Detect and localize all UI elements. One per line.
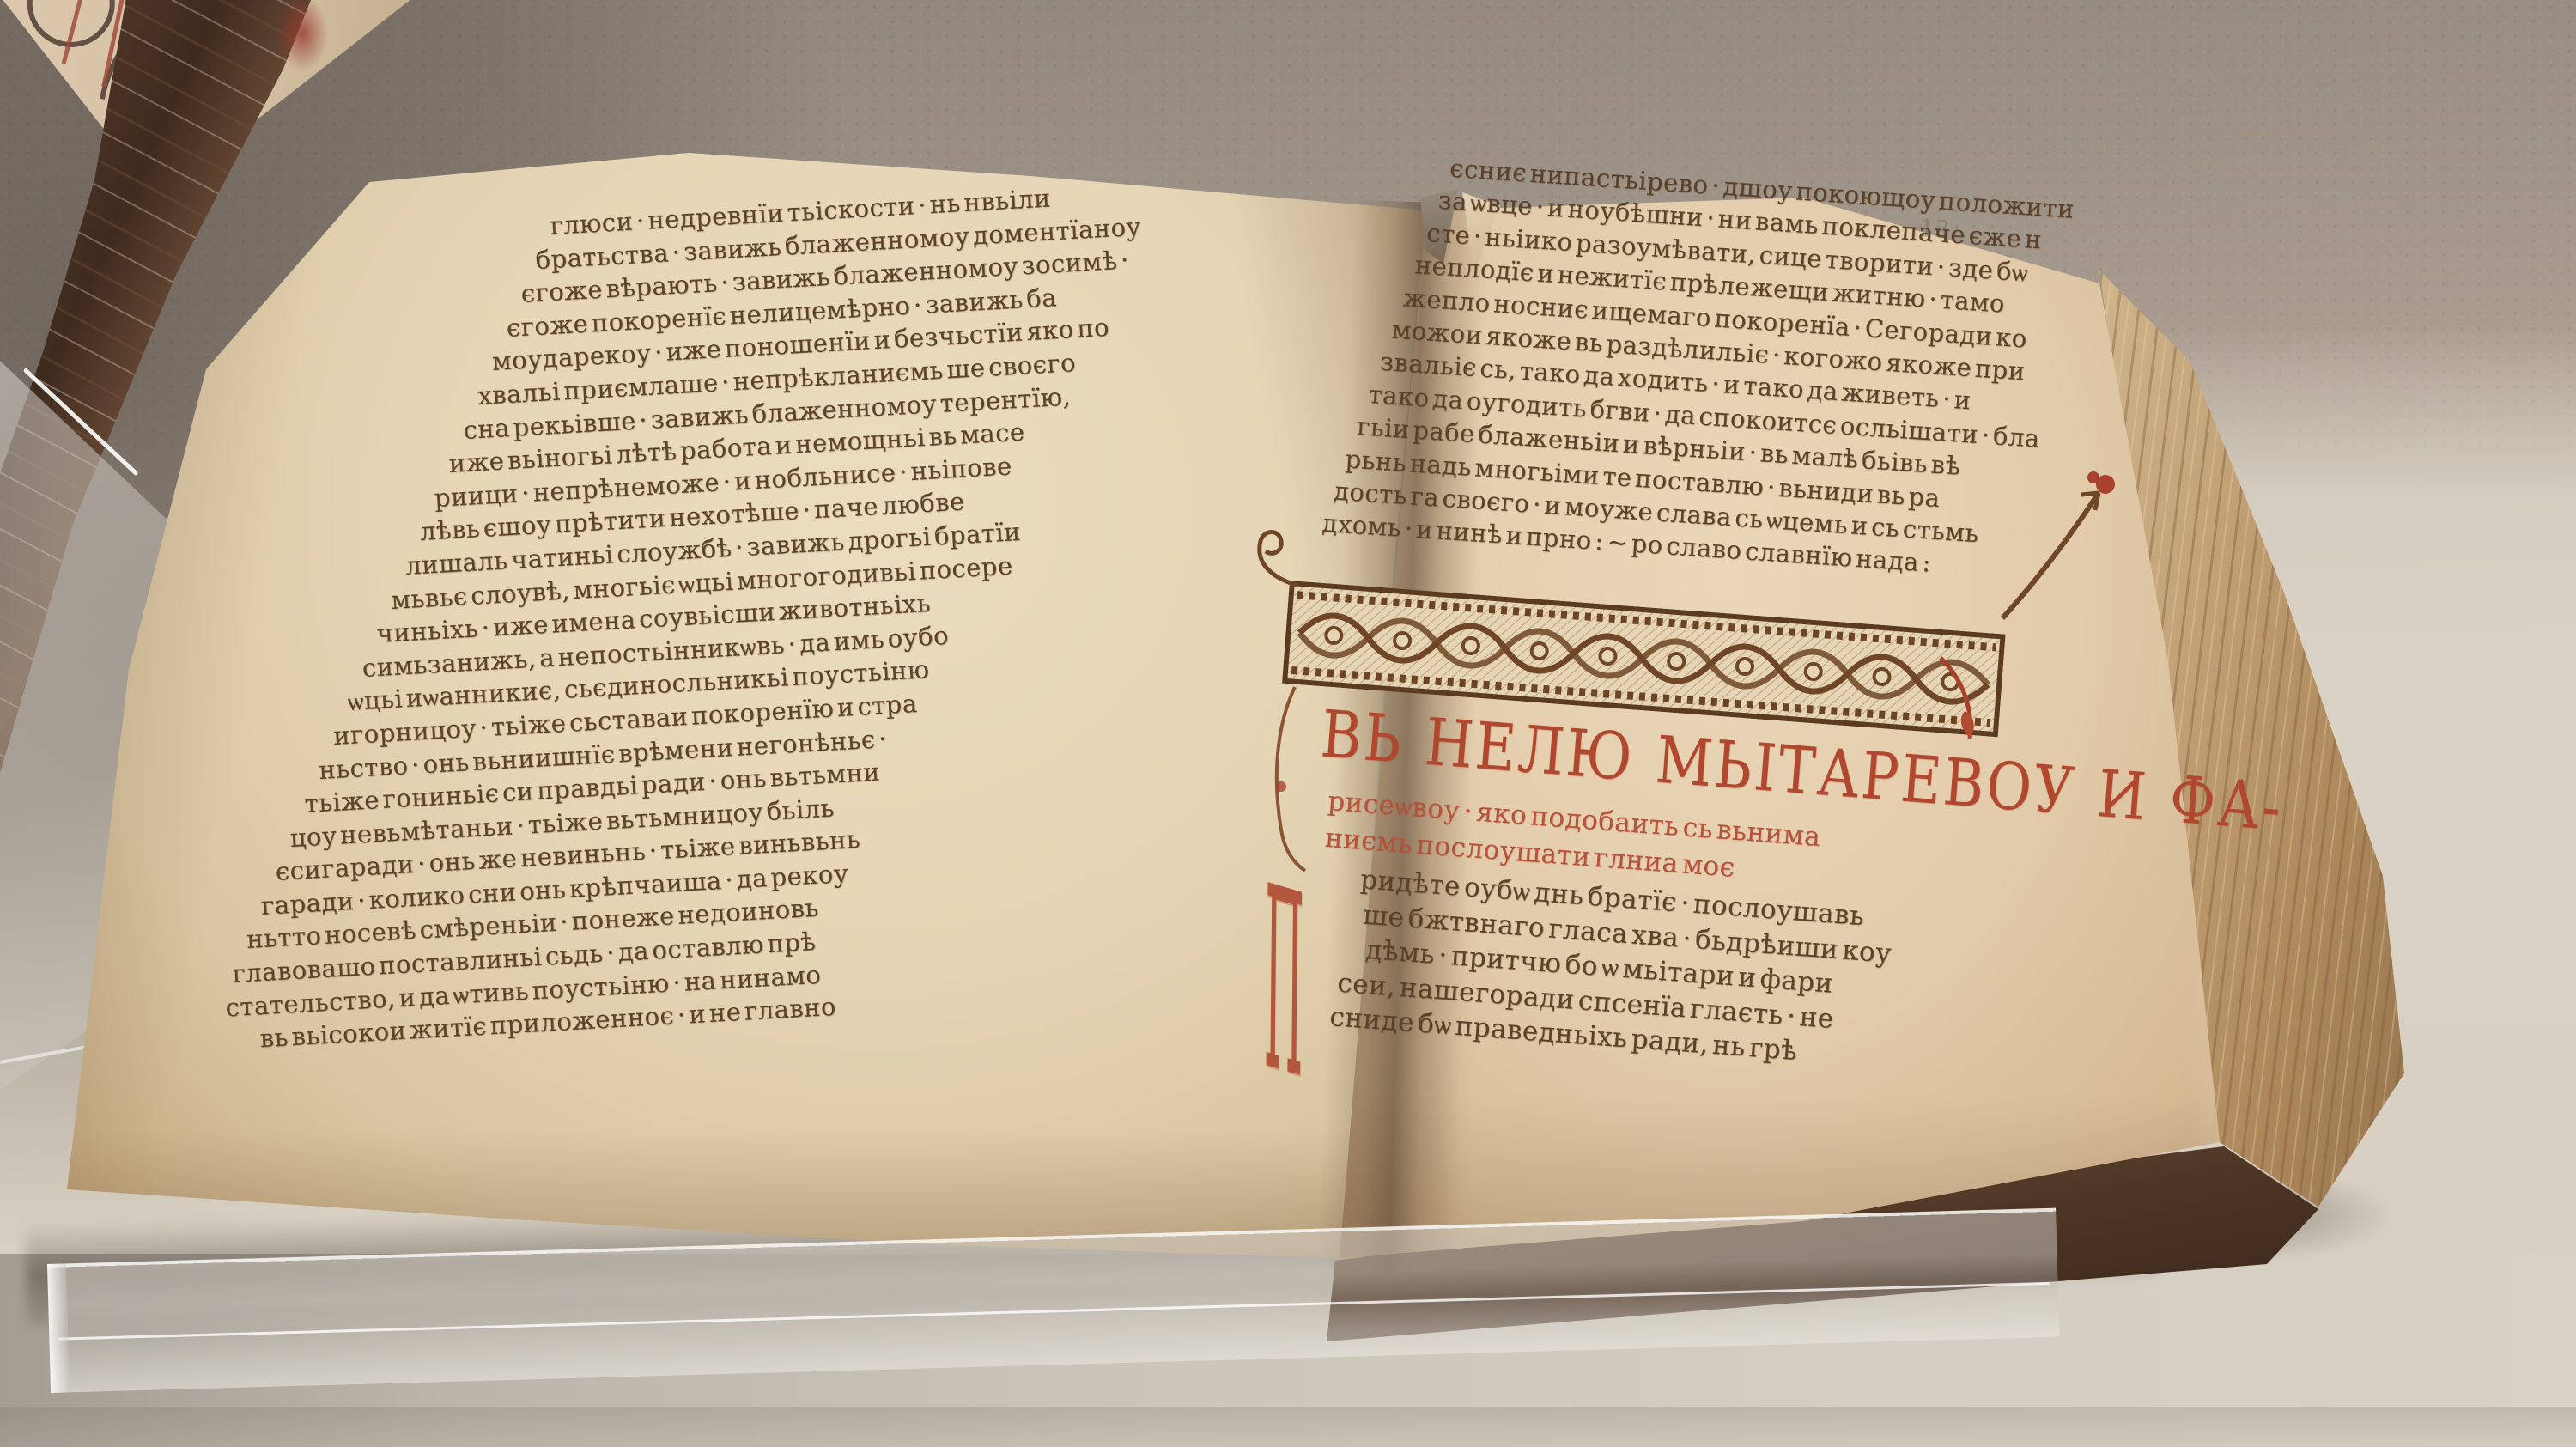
left-page-text-block: глюси · недревнїи тьіскости · нь нвьіли … [180,177,1185,1058]
acrylic-cradle-end-cap [47,1263,70,1393]
headpiece-flourish-top-left [1243,526,1303,594]
initial-letter: П [1263,852,1304,1114]
display-shelf-front-edge [0,1407,2576,1447]
museum-exhibit-photo: глюси · недревнїи тьіскости · нь нвьіли … [0,0,2576,1447]
headpiece-flourish-right-sprig [1932,653,2001,747]
right-page-text-block: єсниє нипастьірево · дшоу покоющоу полож… [1313,144,2075,588]
headpiece-flourish-top-right [1992,471,2121,625]
